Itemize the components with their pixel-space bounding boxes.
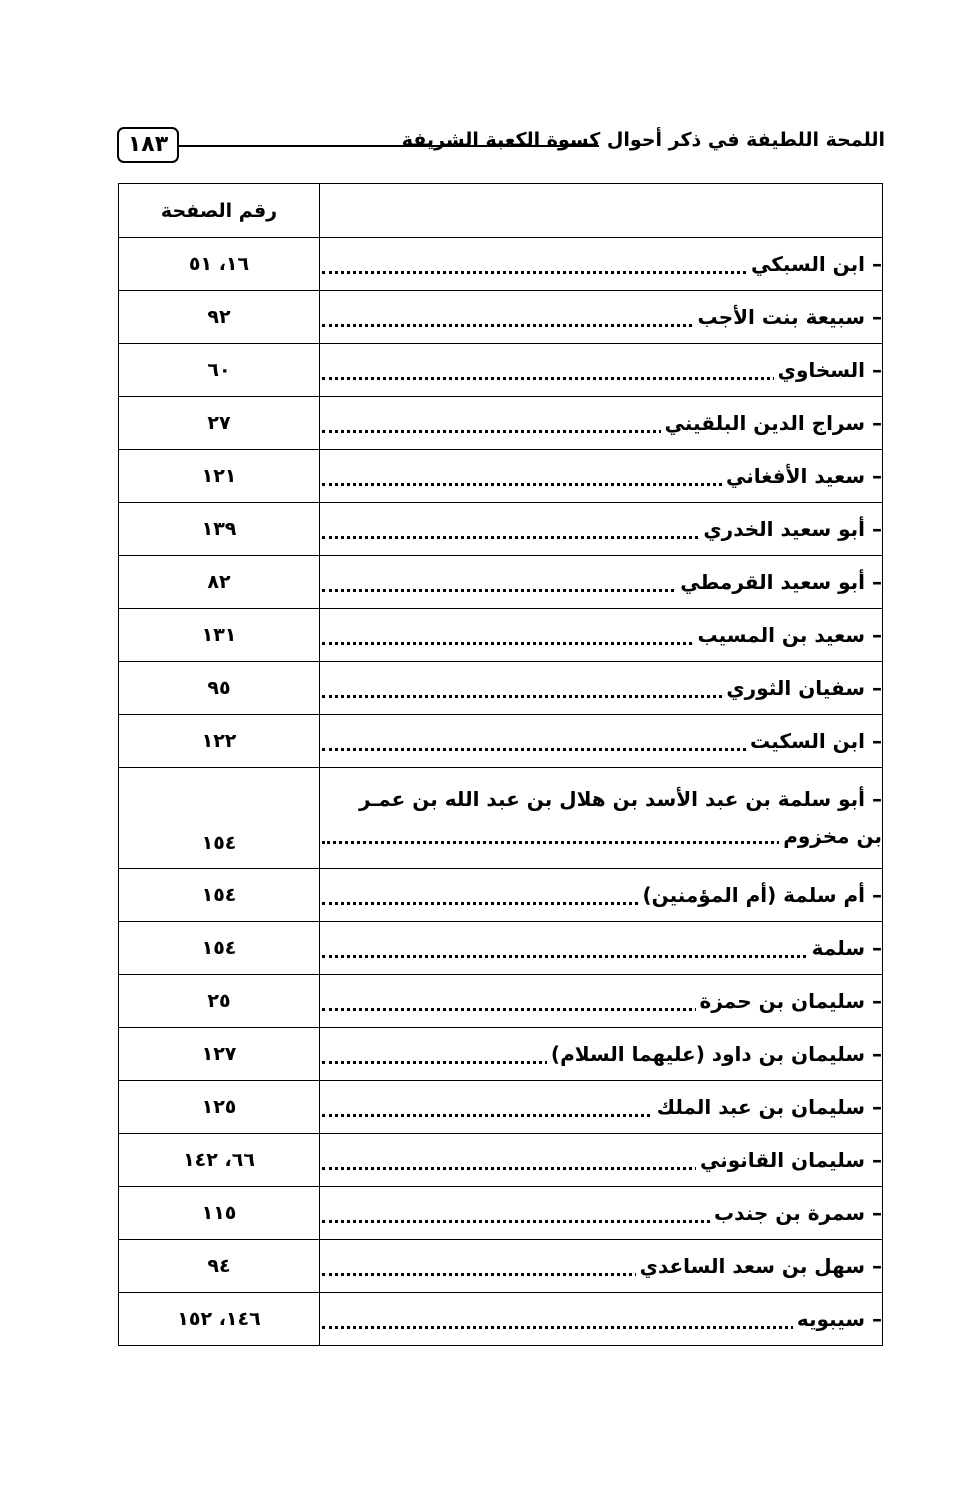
column-header-page: رقم الصفحة bbox=[119, 184, 320, 238]
entry-page: ١٥٤ bbox=[119, 869, 320, 922]
entry-name-line-2: بن مخزوم bbox=[779, 824, 882, 848]
entry-name: – سليمان بن داود (عليهما السلام) bbox=[547, 1042, 882, 1066]
entry-name: – سليمان بن حمزة bbox=[696, 989, 882, 1013]
table-row: – أبو سعيد الخدري١٣٩ bbox=[119, 503, 883, 556]
entry-name: – سمرة بن جندب bbox=[710, 1201, 882, 1225]
entry-page: ٩٤ bbox=[119, 1240, 320, 1293]
table-row: – سهل بن سعد الساعدي٩٤ bbox=[119, 1240, 883, 1293]
page-number: ١٨٣ bbox=[117, 127, 179, 163]
entry-page: ٩٢ bbox=[119, 291, 320, 344]
entry-name: – سعيد الأفغاني bbox=[722, 464, 882, 488]
entry-page: ١٤٦، ١٥٢ bbox=[119, 1293, 320, 1346]
entry-page: ١٢٢ bbox=[119, 715, 320, 768]
page-header: ١٨٣ اللمحة اللطيفة في ذكر أحوال كسوة الك… bbox=[117, 125, 885, 165]
entry-page: ١٥٤ bbox=[119, 768, 320, 869]
table-row: – سلمة١٥٤ bbox=[119, 922, 883, 975]
table-row: – أم سلمة (أم المؤمنين)١٥٤ bbox=[119, 869, 883, 922]
entry-name: – سبيعة بنت الأجب bbox=[694, 305, 882, 329]
entry-name: – سراج الدين البلقيني bbox=[661, 411, 882, 435]
entry-page: ٢٥ bbox=[119, 975, 320, 1028]
index-table: رقم الصفحة – ابن السبكي١٦، ٥١ – سبيعة بن… bbox=[118, 183, 883, 1346]
entry-name: – سهل بن سعد الساعدي bbox=[636, 1254, 882, 1278]
entry-page: ٦٦، ١٤٢ bbox=[119, 1134, 320, 1187]
table-row: – سليمان القانوني٦٦، ١٤٢ bbox=[119, 1134, 883, 1187]
table-row: – سيبويه١٤٦، ١٥٢ bbox=[119, 1293, 883, 1346]
entry-name: – السخاوي bbox=[774, 358, 882, 382]
entry-name: – سليمان بن عبد الملك bbox=[653, 1095, 882, 1119]
table-row: – سليمان بن داود (عليهما السلام)١٢٧ bbox=[119, 1028, 883, 1081]
entry-page: ١٣٩ bbox=[119, 503, 320, 556]
entry-page: ٨٢ bbox=[119, 556, 320, 609]
entry-page: ٢٧ bbox=[119, 397, 320, 450]
table-row: – سراج الدين البلقيني٢٧ bbox=[119, 397, 883, 450]
entry-name: – سليمان القانوني bbox=[696, 1148, 882, 1172]
entry-name: – سلمة bbox=[808, 936, 882, 960]
running-title: اللمحة اللطيفة في ذكر أحوال كسوة الكعبة … bbox=[402, 129, 885, 151]
table-row: – سليمان بن عبد الملك١٢٥ bbox=[119, 1081, 883, 1134]
dot-leader bbox=[322, 955, 872, 958]
entry-name: – أبو سعيد الخدري bbox=[699, 517, 882, 541]
entry-name: – ابن السكيت bbox=[746, 729, 882, 753]
entry-page: ١٦، ٥١ bbox=[119, 238, 320, 291]
table-row: – سعيد بن المسيب١٣١ bbox=[119, 609, 883, 662]
column-header-name bbox=[320, 184, 883, 238]
table-row: – سفيان الثوري٩٥ bbox=[119, 662, 883, 715]
entry-page: ١٥٤ bbox=[119, 922, 320, 975]
entry-page: ١٢٥ bbox=[119, 1081, 320, 1134]
entry-name: – ابن السبكي bbox=[747, 252, 882, 276]
entry-name: – سيبويه bbox=[793, 1307, 882, 1331]
entry-page: ١١٥ bbox=[119, 1187, 320, 1240]
entry-page: ٩٥ bbox=[119, 662, 320, 715]
entry-page: ١٢١ bbox=[119, 450, 320, 503]
table-header-row: رقم الصفحة bbox=[119, 184, 883, 238]
table-row: – سليمان بن حمزة٢٥ bbox=[119, 975, 883, 1028]
table-row: – أبو سعيد القرمطي٨٢ bbox=[119, 556, 883, 609]
table-row: – أبو سلمة بن عبد الأسد بن هلال بن عبد ا… bbox=[119, 768, 883, 869]
entry-page: ١٢٧ bbox=[119, 1028, 320, 1081]
table-row: – ابن السبكي١٦، ٥١ bbox=[119, 238, 883, 291]
entry-page: ١٣١ bbox=[119, 609, 320, 662]
entry-page: ٦٠ bbox=[119, 344, 320, 397]
entry-name: – أبو سعيد القرمطي bbox=[676, 570, 882, 594]
table-row: – سعيد الأفغاني١٢١ bbox=[119, 450, 883, 503]
table-row: – سبيعة بنت الأجب٩٢ bbox=[119, 291, 883, 344]
entry-name: – سعيد بن المسيب bbox=[693, 623, 882, 647]
entry-name: – أم سلمة (أم المؤمنين) bbox=[638, 883, 882, 907]
dot-leader bbox=[322, 1326, 872, 1329]
entry-name: – سفيان الثوري bbox=[722, 676, 882, 700]
table-row: – السخاوي٦٠ bbox=[119, 344, 883, 397]
table-row: – ابن السكيت١٢٢ bbox=[119, 715, 883, 768]
entry-name-line-1: – أبو سلمة بن عبد الأسد بن هلال بن عبد ا… bbox=[320, 768, 882, 816]
table-row: – سمرة بن جندب١١٥ bbox=[119, 1187, 883, 1240]
